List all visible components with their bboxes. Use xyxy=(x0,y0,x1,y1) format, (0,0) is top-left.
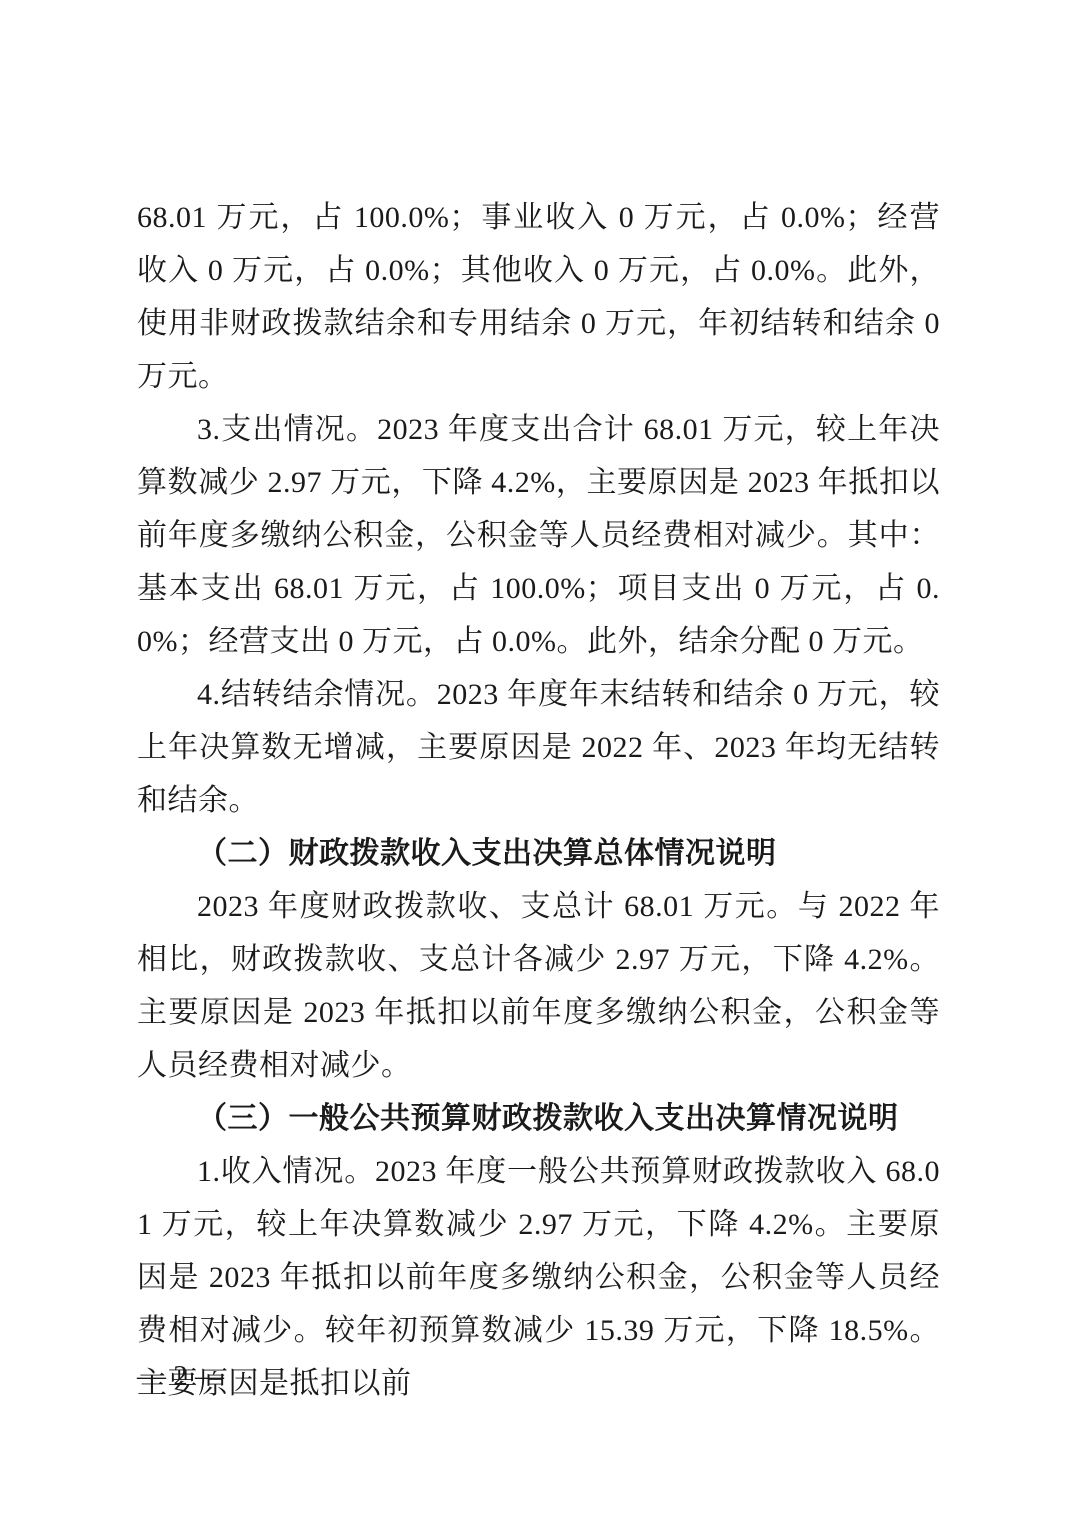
section-heading: （二）财政拨款收入支出决算总体情况说明 xyxy=(137,827,940,880)
paragraph: 68.01 万元，占 100.0%；事业收入 0 万元，占 0.0%；经营收入 … xyxy=(137,191,940,403)
document-page: 68.01 万元，占 100.0%；事业收入 0 万元，占 0.0%；经营收入 … xyxy=(0,0,1075,1520)
paragraph: 1.收入情况。2023 年度一般公共预算财政拨款收入 68.01 万元，较上年决… xyxy=(137,1145,940,1410)
paragraph: 3.支出情况。2023 年度支出合计 68.01 万元，较上年决算数减少 2.9… xyxy=(137,403,940,668)
page-number: — 2 — xyxy=(137,1360,224,1392)
paragraph: 2023 年度财政拨款收、支总计 68.01 万元。与 2022 年相比，财政拨… xyxy=(137,880,940,1092)
paragraph: 4.结转结余情况。2023 年度年末结转和结余 0 万元，较上年决算数无增减，主… xyxy=(137,668,940,827)
section-heading: （三）一般公共预算财政拨款收入支出决算情况说明 xyxy=(137,1092,940,1145)
document-body: 68.01 万元，占 100.0%；事业收入 0 万元，占 0.0%；经营收入 … xyxy=(137,191,940,1410)
page-footer: — 2 — xyxy=(137,1356,224,1396)
